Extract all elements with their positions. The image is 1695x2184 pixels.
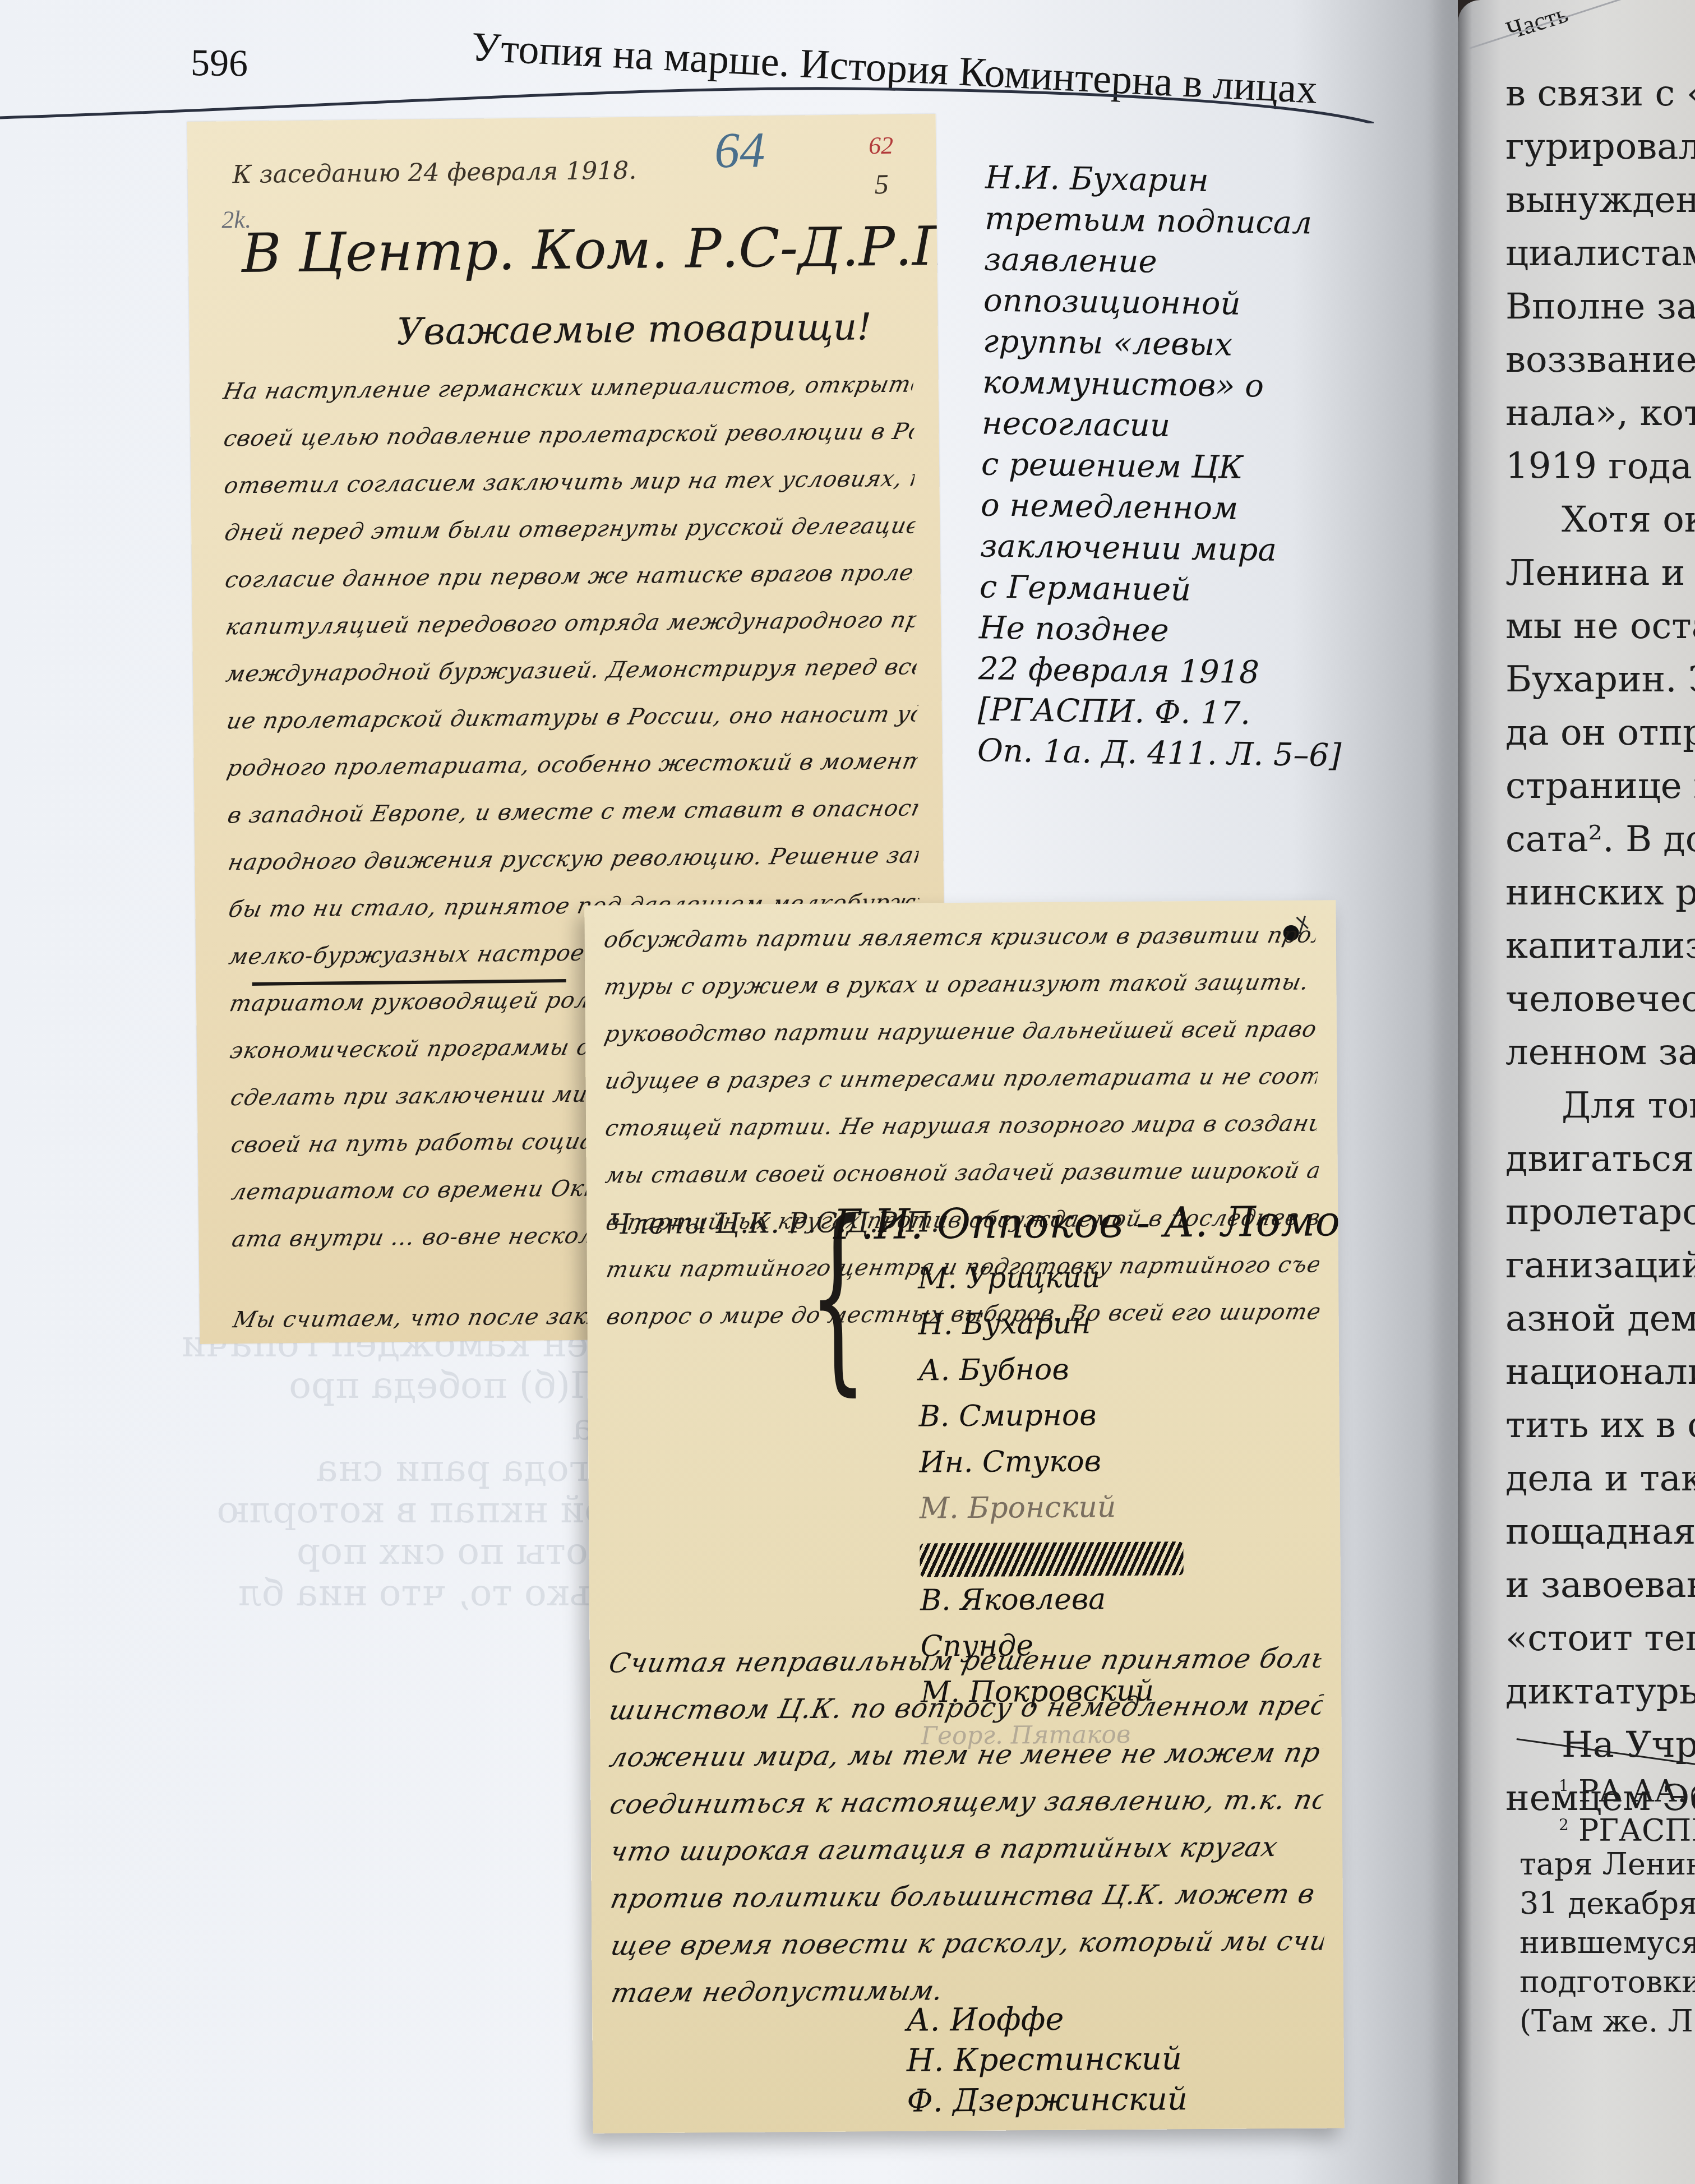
handwritten-line: что широкая агитация в партийных кругах (611, 1823, 1323, 1876)
signature: А. Иоффе (906, 2000, 1243, 2043)
text-line: циалистами не (1505, 227, 1695, 280)
handwritten-line: руководство партии нарушение дальнейшей … (605, 1006, 1318, 1058)
bleed-through-text: бисен камождеп гопачи РКП(б) победа про … (129, 1323, 656, 1614)
text-line: нинских рабо (1505, 866, 1695, 920)
text-line: человеческой (1505, 973, 1695, 1026)
footnote: 2 РГАСПИ (1520, 1806, 1695, 1845)
folio-red-number: 62 (869, 131, 894, 160)
signature: Ин. Стуков (835, 1444, 1228, 1493)
text-line: 1919 года. (1505, 440, 1695, 493)
footnote-line: (Там же. Л (1520, 2002, 1695, 2041)
text-line: странице шар (1505, 760, 1695, 813)
handwritten-line: идущее в разрез с интересами пролетариат… (605, 1053, 1318, 1105)
text-line: ленном захват (1505, 1026, 1695, 1079)
handwritten-line: ответил согласием заключить мир на тех у… (224, 455, 915, 510)
salutation: Уважаемые товарищи! (396, 305, 872, 353)
header-rule-right (1469, 0, 1695, 49)
handwritten-line: против политики большинства Ц.К. может в… (611, 1871, 1323, 1923)
footnotes: 1 РА АА. R 2 РГАСПИ таря Ленина, 31 дека… (1520, 1766, 1695, 2041)
signature: Г.И. Оппоков - А. Ломов (833, 1198, 1226, 1263)
handwritten-line: капитуляцией передового отряда междунаро… (226, 596, 916, 650)
text-line: пролетарский (1505, 1186, 1695, 1239)
signature: В. Смирнов (835, 1398, 1228, 1447)
signature: Ф. Дзержинский (907, 2081, 1243, 2123)
handwritten-line: в западной Европе, и вместе с тем ставит… (228, 784, 918, 839)
text-line: На Учред (1505, 1719, 1695, 1772)
dissent-note: Считая неправильным решение принятое бол… (609, 1635, 1324, 2017)
footnote-line: 31 декабря в (1520, 1884, 1695, 1923)
footnote-line: нившемуся в (1520, 1923, 1695, 1963)
text-line: «стоит тепер (1505, 1612, 1695, 1665)
handwritten-line: международной буржуазией. Демонстрируя п… (227, 643, 917, 698)
text-line: пощадная бо (1505, 1506, 1695, 1559)
text-line: сата². В докум (1505, 813, 1695, 866)
page-number: 596 (190, 40, 248, 86)
text-line: Бухарин. За н (1505, 653, 1695, 707)
archival-document-page-2: обсуждать партии является кризисом в раз… (584, 900, 1344, 2133)
text-line: воззвание «К п (1505, 334, 1695, 387)
handwritten-line: родного пролетариата, особенно жестокий … (227, 737, 917, 792)
text-line: Вполне законо (1505, 280, 1695, 334)
signature: М. Урицкий (834, 1260, 1227, 1309)
text-line: в связи с «подр (1505, 67, 1695, 121)
archive-mark: 64 (714, 121, 765, 179)
addressee: В Центр. Ком. Р.С-Д.Р.П. (большевиков) (242, 210, 949, 285)
figure-caption: Н.И. Бухарин третьим подписал заявление … (977, 157, 1355, 776)
handwritten-line: Считая неправильным решение принятое бол… (609, 1635, 1322, 1687)
signature: М. Бронский (835, 1490, 1228, 1539)
handwritten-line: дней перед этим были отвергнуты русской … (225, 502, 915, 557)
text-line: да он отправил (1505, 707, 1695, 760)
folio-number: 5 (875, 168, 889, 200)
meeting-note: К заседанию 24 февраля 1918. (232, 156, 636, 190)
text-line: нала», которое (1505, 387, 1695, 440)
handwritten-line: мы ставим своей основной задачей развити… (606, 1147, 1318, 1199)
struck-out-signature (835, 1536, 1228, 1585)
handwritten-line: щее время повести к расколу, который мы … (611, 1918, 1324, 1970)
footnote-line: подготовки о (1520, 1963, 1695, 2002)
text-line: диктатуры и (1505, 1665, 1695, 1719)
right-page: Часть в связи с «подр гурировало в с вын… (1458, 0, 1695, 2184)
text-line: вынужденной з (1505, 174, 1695, 227)
right-page-body: в связи с «подр гурировало в с вынужденн… (1505, 67, 1695, 1825)
handwritten-line: обсуждать партии является кризисом в раз… (604, 912, 1317, 964)
text-line: двигаться к к (1505, 1133, 1695, 1186)
text-line: капитализм д (1505, 920, 1695, 973)
handwritten-line: шинством Ц.К. по вопросу о немедленном п… (609, 1682, 1322, 1734)
text-line: дела и такти (1505, 1452, 1695, 1506)
footnote-line: таря Ленина, (1520, 1845, 1695, 1884)
text-line: тить их в общ (1505, 1399, 1695, 1452)
text-line: гурировало в с (1505, 121, 1695, 174)
final-signatures: А. Иоффе Н. Крестинский Ф. Дзержинский (906, 2000, 1243, 2123)
text-line: азной демокр (1505, 1292, 1695, 1346)
text-line: Ленина и Тро (1505, 547, 1695, 600)
signature: Н. Крестинский (907, 2040, 1243, 2083)
handwritten-line: На наступление германских империалистов,… (223, 361, 913, 415)
handwritten-line: своей целью подавление пролетарской рево… (224, 408, 914, 463)
text-line: ганизаций», н (1505, 1239, 1695, 1292)
handwritten-line: соединиться к настоящему заявлению, т.к.… (610, 1776, 1323, 1829)
handwritten-line: туры с оружием в руках и организуют тако… (604, 959, 1317, 1011)
text-line: национализа (1505, 1346, 1695, 1399)
text-line: Для того ч (1505, 1079, 1695, 1133)
signature: Н. Бухарин (834, 1306, 1227, 1355)
running-head-right: Часть (1503, 0, 1571, 45)
handwritten-line: ложении мира, мы тем не менее не можем п… (610, 1729, 1323, 1781)
signature: В. Яковлева (836, 1582, 1229, 1631)
text-line: Хотя оконча (1505, 493, 1695, 547)
footnote: 1 РА АА. R (1520, 1766, 1695, 1806)
text-line: и завоевание (1505, 1559, 1695, 1612)
handwritten-line: стоящей партии. Не нарушая позорного мир… (606, 1100, 1318, 1152)
text-line: мы не оставляе (1505, 600, 1695, 653)
handwritten-line: ие пролетарской диктатуры в России, оно … (227, 690, 917, 745)
handwritten-line: народного движения русскую революцию. Ре… (228, 832, 918, 886)
handwritten-line: согласие данное при первом же натиске вр… (225, 549, 916, 603)
signature: А. Бубнов (834, 1352, 1227, 1401)
